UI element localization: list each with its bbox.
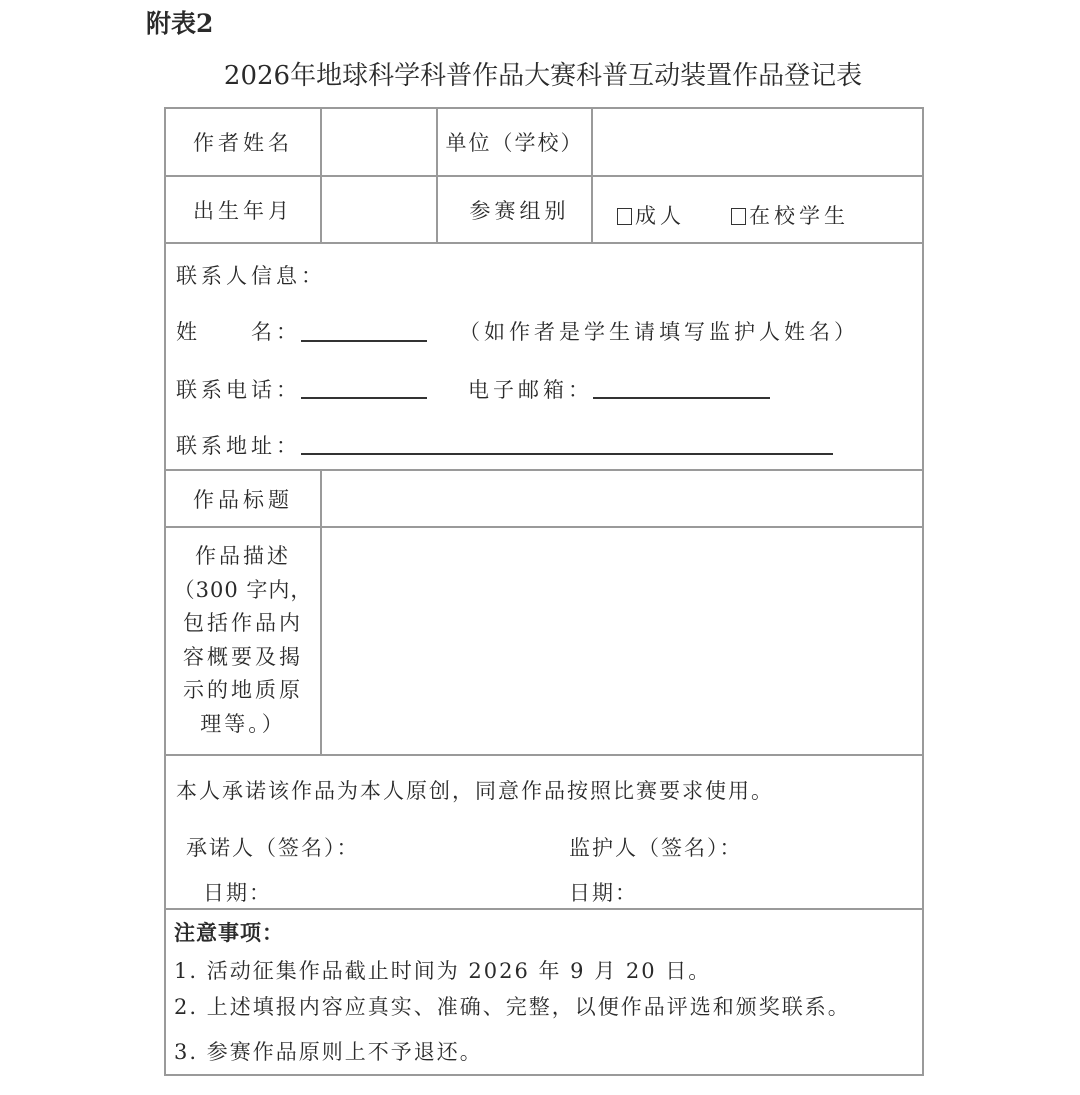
form-title: 2026年地球科学科普作品大赛科普互动装置作品登记表 xyxy=(0,55,1080,92)
work-title-label: 作品标题 xyxy=(166,471,320,526)
contact-phone-field[interactable] xyxy=(301,397,427,399)
author-name-label: 作者姓名 xyxy=(166,109,320,175)
work-desc-label: 作品描述 （300 字内， 包括作品内 容概要及揭 示的地质原 理等。） xyxy=(166,540,320,741)
contact-heading: 联系人信息： xyxy=(176,260,326,290)
contact-name-hint: （如作者是学生请填写监护人姓名） xyxy=(459,316,859,346)
birth-field[interactable] xyxy=(322,177,436,242)
author-name-field[interactable] xyxy=(322,109,436,175)
pledger-signature-label: 承诺人（签名）： xyxy=(186,832,360,862)
unit-field[interactable] xyxy=(593,109,922,175)
contact-email-field[interactable] xyxy=(593,397,770,399)
pledger-date-label: 日期： xyxy=(203,877,272,907)
group-option-student[interactable]: 在校学生 xyxy=(731,200,849,230)
group-option-adult[interactable]: 成人 xyxy=(617,200,685,230)
contact-name-label: 姓 名： xyxy=(176,316,301,346)
table-border-right xyxy=(922,107,924,1076)
birth-label: 出生年月 xyxy=(166,177,320,242)
work-desc-label-line: 作品描述 xyxy=(166,540,320,574)
appendix-label: 附表2 xyxy=(146,4,213,40)
row-divider xyxy=(164,242,924,244)
guardian-date-label: 日期： xyxy=(569,877,638,907)
group-label: 参赛组别 xyxy=(438,177,591,242)
checkbox-adult[interactable] xyxy=(617,208,632,225)
work-desc-label-line: 示的地质原 xyxy=(166,674,320,708)
contact-phone-label: 联系电话： xyxy=(176,374,301,404)
group-option-label: 在校学生 xyxy=(749,204,849,228)
contact-address-field[interactable] xyxy=(301,453,833,455)
work-desc-label-line: 理等。） xyxy=(166,708,320,742)
row-divider xyxy=(164,908,924,910)
table-border-bottom xyxy=(164,1074,924,1076)
notes-heading: 注意事项： xyxy=(174,917,284,947)
guardian-signature-label: 监护人（签名）： xyxy=(569,832,743,862)
notes-item: 2. 上述填报内容应真实、准确、完整，以便作品评选和颁奖联系。 xyxy=(174,991,851,1021)
work-desc-label-line: 包括作品内 xyxy=(166,607,320,641)
notes-item: 3. 参赛作品原则上不予退还。 xyxy=(174,1036,483,1066)
group-option-label: 成人 xyxy=(635,204,685,228)
work-desc-field[interactable] xyxy=(322,528,922,754)
contact-email-label: 电子邮箱： xyxy=(468,374,593,404)
work-title-field[interactable] xyxy=(322,471,922,526)
pledge-statement: 本人承诺该作品为本人原创，同意作品按照比赛要求使用。 xyxy=(176,775,774,805)
contact-name-field[interactable] xyxy=(301,340,427,342)
contact-address-label: 联系地址： xyxy=(176,430,301,460)
checkbox-student[interactable] xyxy=(731,208,746,225)
notes-item: 1. 活动征集作品截止时间为 2026 年 9 月 20 日。 xyxy=(174,955,711,985)
work-desc-label-line: 容概要及揭 xyxy=(166,641,320,675)
unit-label: 单位（学校） xyxy=(438,109,591,175)
row-divider xyxy=(164,754,924,756)
work-desc-label-line: （300 字内， xyxy=(166,574,320,608)
